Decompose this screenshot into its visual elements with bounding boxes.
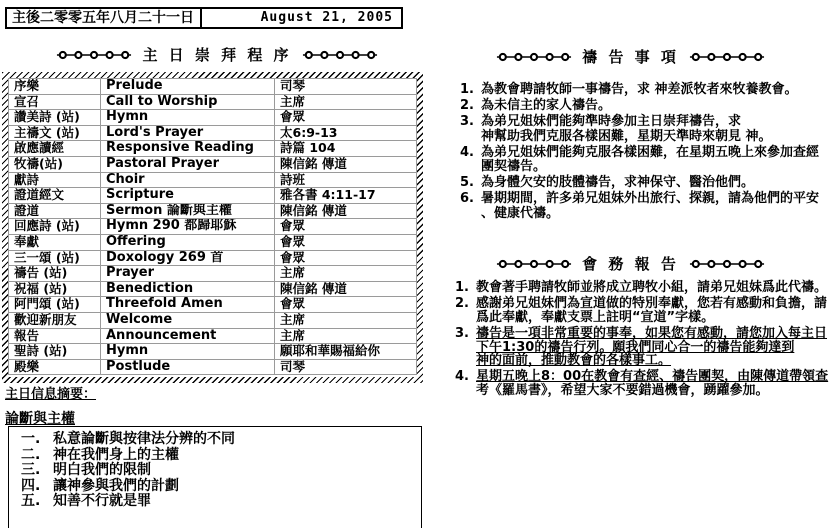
program-detail-cell: Sermon 論斷與主權 bbox=[101, 203, 275, 219]
sermon-point-text: 私意論斷與按律法分辨的不同 bbox=[53, 432, 235, 448]
program-item-cell: 序樂 bbox=[9, 79, 101, 95]
prayer-item: 3.為弟兄姐妹們能夠準時參加主日崇拜禱告，求神幫助我們克服各樣困難，星期天準時來… bbox=[460, 115, 839, 143]
program-person-cell: 會眾 bbox=[275, 250, 417, 266]
program-item-cell: 啟應讀經 bbox=[9, 141, 101, 157]
program-row: 阿門頌 (站)Threefold Amen會眾 bbox=[9, 297, 417, 313]
sermon-point-text: 知善不行就是罪 bbox=[53, 494, 151, 510]
program-person-cell: 雅各書 4:11-17 bbox=[275, 188, 417, 204]
program-item-cell: 歡迎新朋友 bbox=[9, 312, 101, 328]
prayer-item: 6.暑期期間，許多弟兄姐妹外出旅行、探親，請為他們的平安、健康代禱。 bbox=[460, 192, 839, 220]
item-number: 1. bbox=[455, 281, 469, 294]
program-person-cell: 太6:9-13 bbox=[275, 125, 417, 141]
ornament-icon bbox=[495, 259, 573, 269]
program-table-frame: 序樂Prelude司琴宣召Call to Worship主席讚美詩 (站)Hym… bbox=[2, 72, 423, 383]
program-row: 證道經文Scripture雅各書 4:11-17 bbox=[9, 188, 417, 204]
affairs-list: 1.教會著手聘請牧師並將成立聘牧小組，請弟兄姐妹爲此代禱。2.感謝弟兄姐妹們為宣… bbox=[455, 281, 835, 400]
program-item-cell: 報告 bbox=[9, 328, 101, 344]
program-person-cell: 會眾 bbox=[275, 297, 417, 313]
program-detail-cell: Postlude bbox=[101, 359, 275, 375]
item-line: 為教會聘請牧師一事禱告，求 神差派牧者來牧養教會。 bbox=[481, 83, 839, 97]
program-row: 宣召Call to Worship主席 bbox=[9, 94, 417, 110]
summary-label: 主日信息摘要： bbox=[5, 383, 96, 402]
program-detail-cell: Choir bbox=[101, 172, 275, 188]
ornament-icon bbox=[688, 259, 766, 269]
program-detail-cell: Announcement bbox=[101, 328, 275, 344]
program-detail-cell: Responsive Reading bbox=[101, 141, 275, 157]
program-detail-cell: Offering bbox=[101, 234, 275, 250]
program-row: 主禱文 (站)Lord's Prayer太6:9-13 bbox=[9, 125, 417, 141]
ornament-icon bbox=[495, 52, 573, 62]
prayer-section-title: 禱 告 事 項 bbox=[582, 46, 679, 67]
item-line: 考《羅馬書》，希望大家不要錯過機會，踴躍參加。 bbox=[476, 384, 835, 397]
program-detail-cell: Doxology 269 首 bbox=[101, 250, 275, 266]
program-detail-cell: Pastoral Prayer bbox=[101, 156, 275, 172]
sermon-point: 五.知善不行就是罪 bbox=[21, 494, 421, 510]
sermon-point-text: 神在我們身上的主權 bbox=[53, 448, 179, 464]
item-line: 神幫助我們克服各樣困難，星期天準時來朝見 神。 bbox=[481, 130, 839, 144]
program-row: 回應詩 (站)Hymn 290 都歸耶穌會眾 bbox=[9, 219, 417, 235]
program-detail-cell: Prayer bbox=[101, 266, 275, 282]
item-line: 禱告是一項非常重要的事奉，如果您有感動，請您加入每主日 bbox=[476, 327, 835, 340]
sermon-title: 論斷與主權 bbox=[5, 408, 75, 428]
sermon-point-number: 五. bbox=[21, 494, 53, 510]
sermon-point: 三.明白我們的限制 bbox=[21, 463, 421, 479]
program-item-cell: 三一頌 (站) bbox=[9, 250, 101, 266]
item-line: 團契禱告。 bbox=[481, 160, 839, 174]
program-person-cell: 詩篇 104 bbox=[275, 141, 417, 157]
item-line: 星期五晚上8：00在教會有查經、禱告團契，由陳傳道帶領查 bbox=[476, 370, 835, 383]
program-item-cell: 牧禱(站) bbox=[9, 156, 101, 172]
program-detail-cell: Hymn 290 都歸耶穌 bbox=[101, 219, 275, 235]
prayer-list: 1.為教會聘請牧師一事禱告，求 神差派牧者來牧養教會。2.為未信主的家人禱告。3… bbox=[460, 83, 839, 223]
item-number: 2. bbox=[460, 99, 474, 113]
program-table-body: 序樂Prelude司琴宣召Call to Worship主席讚美詩 (站)Hym… bbox=[9, 79, 417, 375]
program-person-cell: 陳信銘 傳道 bbox=[275, 156, 417, 172]
affairs-section-title: 會 務 報 告 bbox=[582, 253, 679, 274]
program-item-cell: 宣召 bbox=[9, 94, 101, 110]
program-detail-cell: Benediction bbox=[101, 281, 275, 297]
ornament-icon bbox=[688, 52, 766, 62]
program-row: 禱告 (站)Prayer主席 bbox=[9, 266, 417, 282]
program-detail-cell: Welcome bbox=[101, 312, 275, 328]
prayer-item: 1.為教會聘請牧師一事禱告，求 神差派牧者來牧養教會。 bbox=[460, 83, 839, 97]
program-row: 證道Sermon 論斷與主權陳信銘 傳道 bbox=[9, 203, 417, 219]
item-number: 1. bbox=[460, 83, 474, 97]
program-item-cell: 禱告 (站) bbox=[9, 266, 101, 282]
program-person-cell: 願耶和華賜福給你 bbox=[275, 344, 417, 360]
program-detail-cell: Scripture bbox=[101, 188, 275, 204]
affairs-item: 1.教會著手聘請牧師並將成立聘牧小組，請弟兄姐妹爲此代禱。 bbox=[455, 281, 835, 294]
program-item-cell: 獻詩 bbox=[9, 172, 101, 188]
program-detail-cell: Prelude bbox=[101, 79, 275, 95]
program-row: 獻詩Choir詩班 bbox=[9, 172, 417, 188]
item-line: 神的面前，推動教會的各樣事工。 bbox=[476, 354, 835, 367]
program-row: 牧禱(站)Pastoral Prayer陳信銘 傳道 bbox=[9, 156, 417, 172]
ornament-icon bbox=[301, 50, 379, 60]
sermon-point: 一.私意論斷與按律法分辨的不同 bbox=[21, 432, 421, 448]
program-person-cell: 主席 bbox=[275, 328, 417, 344]
program-row: 奉獻Offering會眾 bbox=[9, 234, 417, 250]
item-line: 教會著手聘請牧師並將成立聘牧小組，請弟兄姐妹爲此代禱。 bbox=[476, 281, 835, 294]
item-line: 為弟兄姐妹們能夠克服各樣困難，在星期五晚上來參加查經 bbox=[481, 146, 839, 160]
program-row: 啟應讀經Responsive Reading詩篇 104 bbox=[9, 141, 417, 157]
program-item-cell: 阿門頌 (站) bbox=[9, 297, 101, 313]
item-line: 暑期期間，許多弟兄姐妹外出旅行、探親，請為他們的平安 bbox=[481, 192, 839, 206]
program-person-cell: 陳信銘 傳道 bbox=[275, 281, 417, 297]
program-item-cell: 聖詩 (站) bbox=[9, 344, 101, 360]
item-number: 3. bbox=[460, 115, 474, 129]
program-person-cell: 會眾 bbox=[275, 110, 417, 126]
sermon-point-number: 二. bbox=[21, 448, 53, 464]
prayer-section-header: 禱 告 事 項 bbox=[422, 46, 839, 67]
program-person-cell: 主席 bbox=[275, 312, 417, 328]
program-item-cell: 證道經文 bbox=[9, 188, 101, 204]
program-title-row: 主 日 崇 拜 程 序 bbox=[0, 44, 434, 65]
prayer-item: 5.為身體欠安的肢體禱告，求神保守、醫治他們。 bbox=[460, 176, 839, 190]
program-row: 聖詩 (站)Hymn願耶和華賜福給你 bbox=[9, 344, 417, 360]
item-number: 3. bbox=[455, 327, 469, 340]
program-detail-cell: Call to Worship bbox=[101, 94, 275, 110]
program-detail-cell: Hymn bbox=[101, 344, 275, 360]
program-table: 序樂Prelude司琴宣召Call to Worship主席讚美詩 (站)Hym… bbox=[8, 78, 417, 375]
program-person-cell: 司琴 bbox=[275, 79, 417, 95]
program-row: 歡迎新朋友Welcome主席 bbox=[9, 312, 417, 328]
item-number: 4. bbox=[460, 146, 474, 160]
affairs-item: 2.感謝弟兄姐妹們為宣道做的特別奉獻，您若有感動和負擔，請爲此奉獻，奉獻支票上註… bbox=[455, 297, 835, 324]
sermon-point: 二.神在我們身上的主權 bbox=[21, 448, 421, 464]
program-person-cell: 主席 bbox=[275, 266, 417, 282]
item-line: 爲此奉獻，奉獻支票上註明“宣道”字樣。 bbox=[476, 311, 835, 324]
prayer-item: 2.為未信主的家人禱告。 bbox=[460, 99, 839, 113]
program-row: 三一頌 (站)Doxology 269 首會眾 bbox=[9, 250, 417, 266]
program-person-cell: 會眾 bbox=[275, 219, 417, 235]
affairs-item: 4.星期五晚上8：00在教會有查經、禱告團契，由陳傳道帶領查考《羅馬書》，希望大… bbox=[455, 370, 835, 397]
date-chinese: 主後二零零五年八月二十一日 bbox=[7, 9, 202, 27]
program-detail-cell: Threefold Amen bbox=[101, 297, 275, 313]
item-line: 為弟兄姐妹們能夠準時參加主日崇拜禱告，求 bbox=[481, 115, 839, 129]
program-item-cell: 讚美詩 (站) bbox=[9, 110, 101, 126]
affairs-item: 3.禱告是一項非常重要的事奉，如果您有感動，請您加入每主日下午1:30的禱告行列… bbox=[455, 327, 835, 367]
item-line: 為未信主的家人禱告。 bbox=[481, 99, 839, 113]
program-row: 序樂Prelude司琴 bbox=[9, 79, 417, 95]
item-line: 為身體欠安的肢體禱告，求神保守、醫治他們。 bbox=[481, 176, 839, 190]
program-item-cell: 主禱文 (站) bbox=[9, 125, 101, 141]
prayer-item: 4.為弟兄姐妹們能夠克服各樣困難，在星期五晚上來參加查經團契禱告。 bbox=[460, 146, 839, 174]
date-english: August 21, 2005 bbox=[202, 9, 401, 27]
program-person-cell: 會眾 bbox=[275, 234, 417, 250]
program-item-cell: 祝福 (站) bbox=[9, 281, 101, 297]
program-row: 祝福 (站)Benediction陳信銘 傳道 bbox=[9, 281, 417, 297]
program-person-cell: 陳信銘 傳道 bbox=[275, 203, 417, 219]
item-number: 4. bbox=[455, 370, 469, 383]
ornament-icon bbox=[55, 50, 133, 60]
program-detail-cell: Hymn bbox=[101, 110, 275, 126]
program-row: 讚美詩 (站)Hymn會眾 bbox=[9, 110, 417, 126]
program-person-cell: 主席 bbox=[275, 94, 417, 110]
sermon-point-number: 四. bbox=[21, 479, 53, 495]
sermon-point-number: 一. bbox=[21, 432, 53, 448]
program-person-cell: 詩班 bbox=[275, 172, 417, 188]
sermon-points-box: 一.私意論斷與按律法分辨的不同二.神在我們身上的主權三.明白我們的限制四.讓神參… bbox=[8, 426, 422, 528]
program-person-cell: 司琴 bbox=[275, 359, 417, 375]
item-number: 6. bbox=[460, 192, 474, 206]
program-title: 主 日 崇 拜 程 序 bbox=[142, 44, 291, 65]
program-detail-cell: Lord's Prayer bbox=[101, 125, 275, 141]
item-number: 5. bbox=[460, 176, 474, 190]
date-box: 主後二零零五年八月二十一日 August 21, 2005 bbox=[5, 7, 403, 29]
program-item-cell: 回應詩 (站) bbox=[9, 219, 101, 235]
program-item-cell: 殿樂 bbox=[9, 359, 101, 375]
program-row: 報告Announcement主席 bbox=[9, 328, 417, 344]
item-line: 、健康代禱。 bbox=[481, 207, 839, 221]
program-row: 殿樂Postlude司琴 bbox=[9, 359, 417, 375]
affairs-section-header: 會 務 報 告 bbox=[422, 253, 839, 274]
item-number: 2. bbox=[455, 297, 469, 310]
sermon-point-number: 三. bbox=[21, 463, 53, 479]
program-item-cell: 奉獻 bbox=[9, 234, 101, 250]
sermon-point-text: 明白我們的限制 bbox=[53, 463, 151, 479]
item-line: 感謝弟兄姐妹們為宣道做的特別奉獻，您若有感動和負擔，請 bbox=[476, 297, 835, 310]
program-item-cell: 證道 bbox=[9, 203, 101, 219]
